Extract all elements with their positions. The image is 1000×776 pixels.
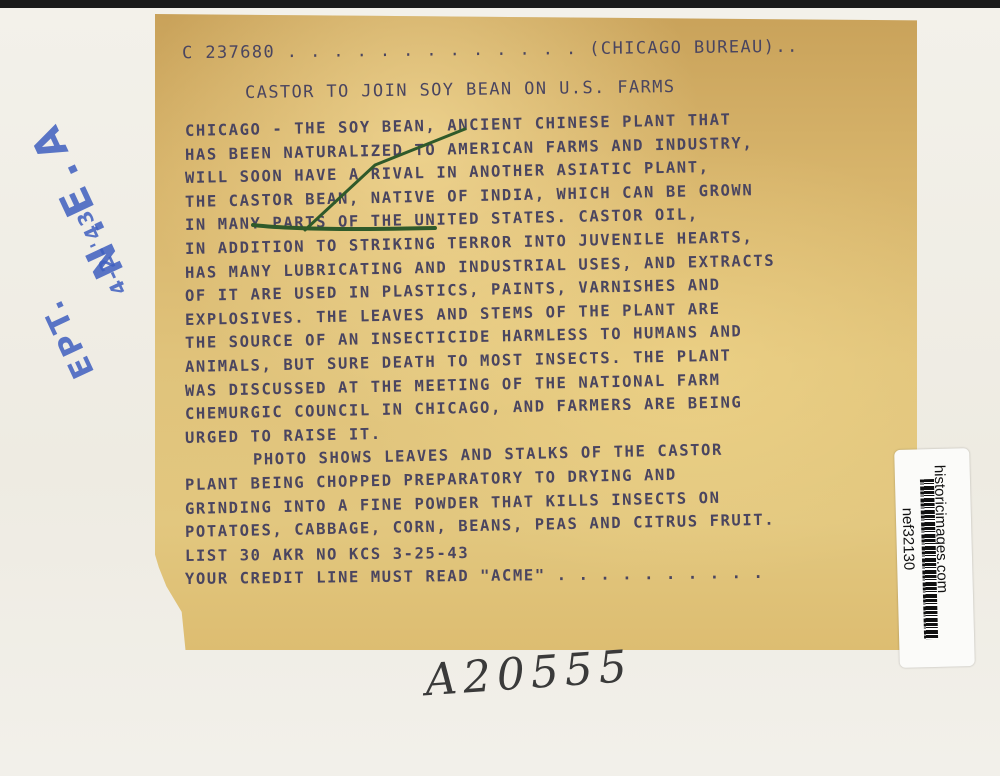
header-dots: . . . . . . . . . . . . . — [287, 39, 578, 62]
barcode-label: historicimages.com nef32130 — [894, 448, 975, 668]
caption-body: CHICAGO - THE SOY BEAN, ANCIENT CHINESE … — [185, 120, 885, 592]
top-edge-strip — [0, 0, 1000, 8]
barcode-id: nef32130 — [899, 507, 918, 570]
bureau-label: (Chicago Bureau).. — [589, 37, 799, 59]
caption-id: C 237680 — [182, 42, 275, 63]
